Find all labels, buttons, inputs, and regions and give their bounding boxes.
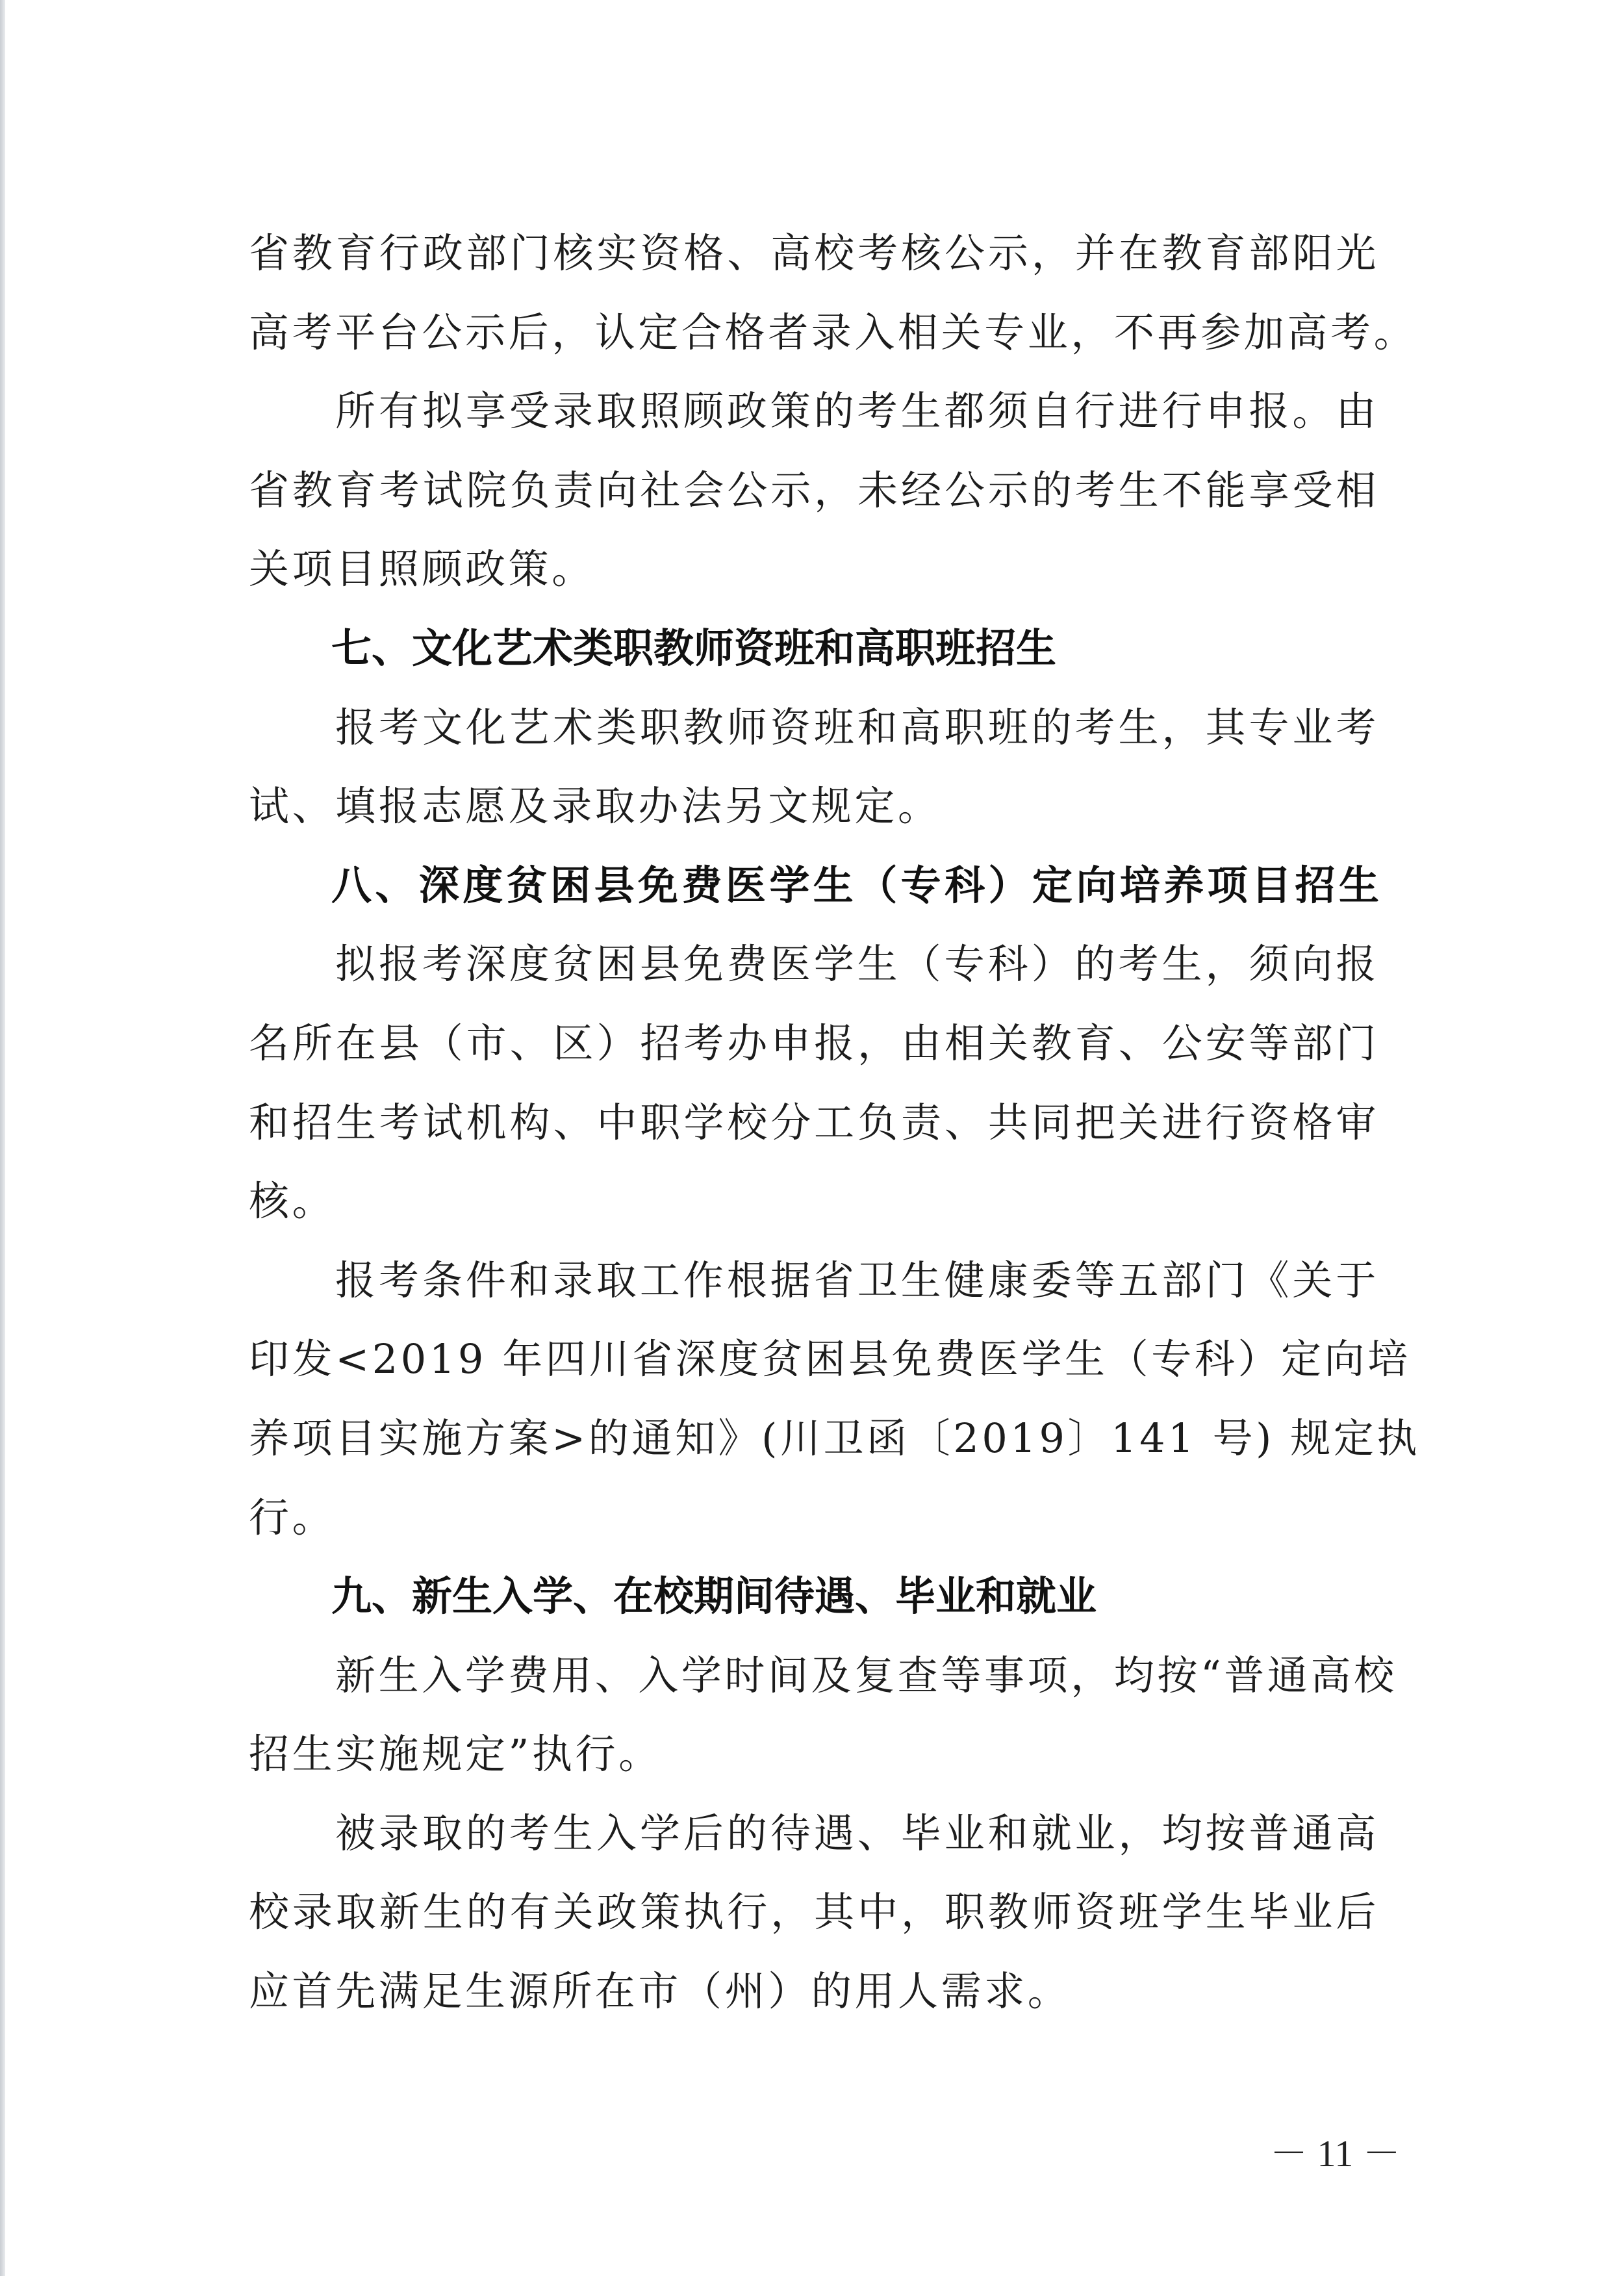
text-line-17: 行。: [249, 1478, 1379, 1557]
document-page: 省教育行政部门核实资格、高校考核公示，并在教育部阳光 高考平台公示后，认定合格者…: [249, 214, 1379, 2031]
text-line-11: 名所在县（市、区）招考办申报，由相关教育、公安等部门: [249, 1004, 1379, 1083]
text-line-13: 核。: [249, 1162, 1379, 1241]
text-line-23: 应首先满足生源所在市（州）的用人需求。: [249, 1952, 1379, 2031]
text-line-12: 和招生考试机构、中职学校分工负责、共同把关进行资格审: [249, 1083, 1379, 1162]
section-heading-8: 八、深度贫困县免费医学生（专科）定向培养项目招生: [249, 846, 1379, 925]
text-line-10: 拟报考深度贫困县免费医学生（专科）的考生，须向报: [249, 925, 1379, 1004]
text-line-21: 被录取的考生入学后的待遇、毕业和就业，均按普通高: [249, 1794, 1379, 1873]
text-line-2: 高考平台公示后，认定合格者录入相关专业，不再参加高考。: [249, 293, 1379, 372]
text-line-8: 试、填报志愿及录取办法另文规定。: [249, 767, 1379, 846]
text-line-3: 所有拟享受录取照顾政策的考生都须自行进行申报。由: [249, 372, 1379, 451]
text-line-14: 报考条件和录取工作根据省卫生健康委等五部门《关于: [249, 1241, 1379, 1320]
text-line-5: 关项目照顾政策。: [249, 530, 1379, 609]
text-line-20: 招生实施规定”执行。: [249, 1715, 1379, 1794]
section-heading-9: 九、新生入学、在校期间待遇、毕业和就业: [249, 1557, 1379, 1636]
scan-edge-strip: [0, 0, 5, 2276]
text-line-4: 省教育考试院负责向社会公示，未经公示的考生不能享受相: [249, 451, 1379, 530]
text-line-19: 新生入学费用、入学时间及复查等事项，均按“普通高校: [249, 1636, 1379, 1715]
text-line-7: 报考文化艺术类职教师资班和高职班的考生，其专业考: [249, 688, 1379, 767]
text-line-16: 养项目实施方案>的通知》(川卫函〔2019〕141 号) 规定执: [249, 1399, 1379, 1478]
page-number: － 11 －: [1270, 2131, 1387, 2177]
section-heading-7: 七、文化艺术类职教师资班和高职班招生: [249, 609, 1379, 688]
text-line-15: 印发<2019 年四川省深度贫困县免费医学生（专科）定向培: [249, 1320, 1379, 1399]
text-line-1: 省教育行政部门核实资格、高校考核公示，并在教育部阳光: [249, 214, 1379, 293]
text-line-22: 校录取新生的有关政策执行，其中，职教师资班学生毕业后: [249, 1873, 1379, 1952]
